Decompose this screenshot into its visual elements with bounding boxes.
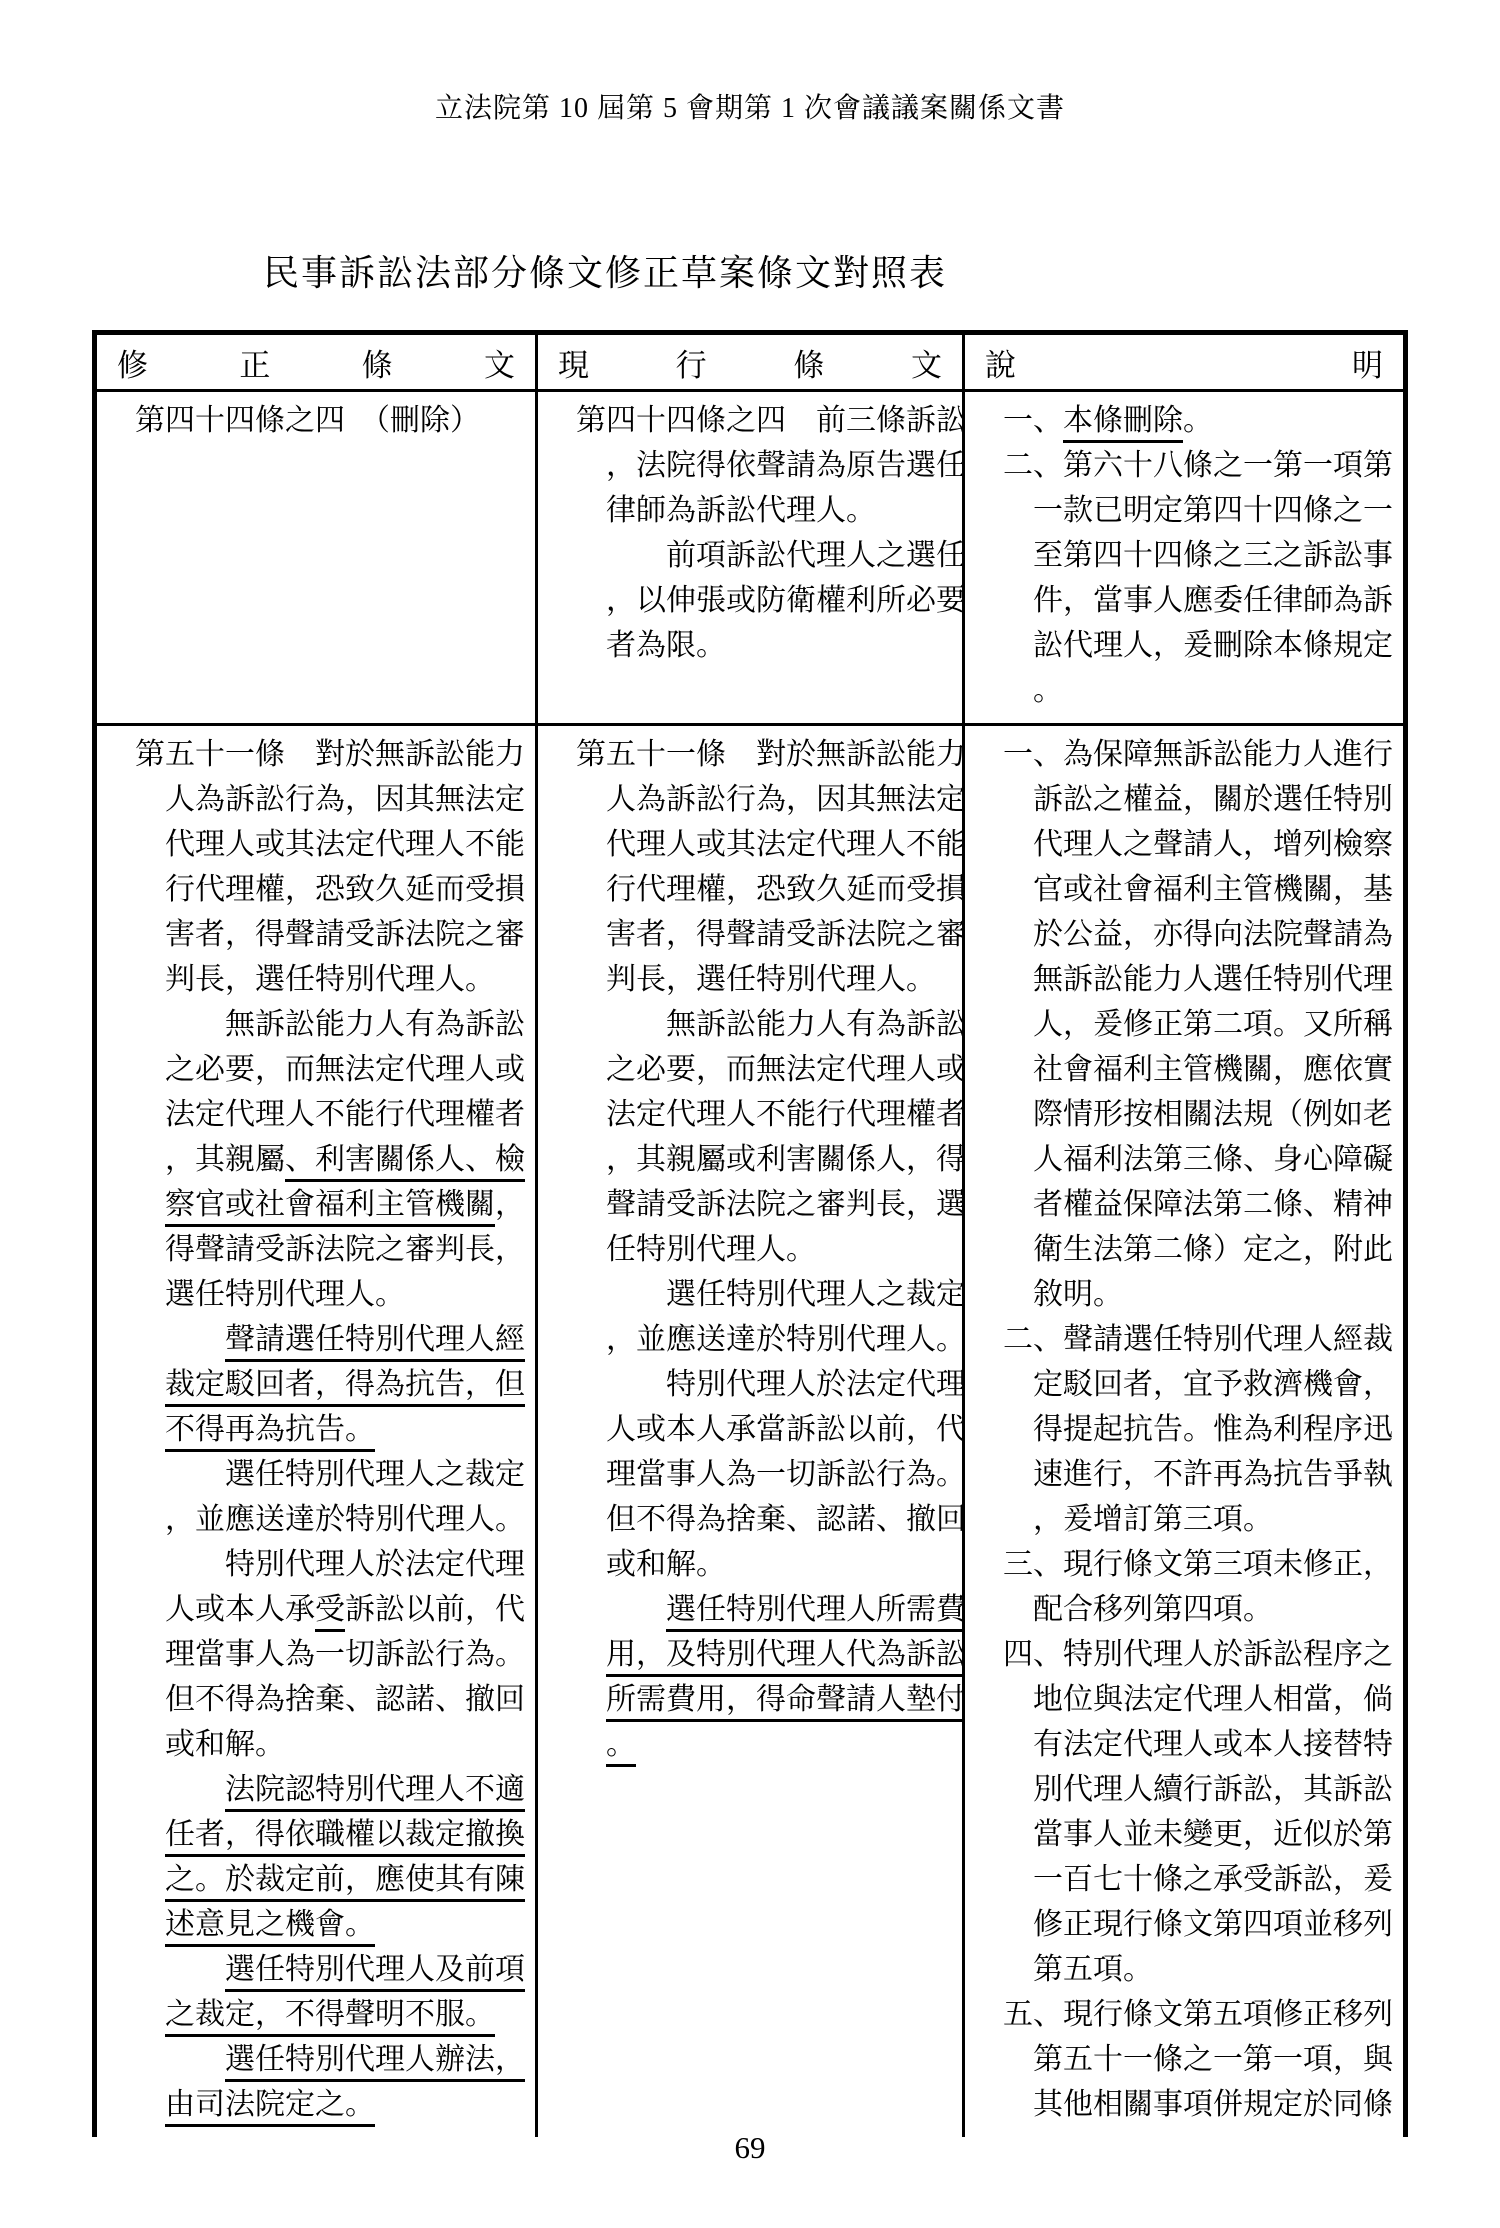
paragraph: 第五十一條 對於無訴訟能力人為訴訟行為，因其無法定代理人或其法定代理人不能行代理… bbox=[576, 732, 965, 1002]
paragraph: 選任特別代理人之裁定，並應送達於特別代理人。 bbox=[576, 1272, 965, 1362]
document-page: 立法院第 10 屆第 5 會期第 1 次會議議案關係文書 民事訴訟法部分條文修正… bbox=[0, 0, 1500, 2228]
paragraph: 選任特別代理人及前項之裁定，不得聲明不服。 bbox=[135, 1947, 525, 2037]
header-char: 說 bbox=[985, 340, 1016, 385]
document-header: 立法院第 10 屆第 5 會期第 1 次會議議案關係文書 bbox=[0, 86, 1500, 126]
paragraph: 三、現行條文第三項未修正，配合移列第四項。 bbox=[1003, 1542, 1393, 1632]
paragraph: 特別代理人於法定代理人或本人承受訴訟以前，代理當事人為一切訴訟行為。但不得為捨棄… bbox=[135, 1542, 525, 1767]
text-segment: 第五十一條 對於無訴訟能力人為訴訟行為，因其無法定代理人或其法定代理人不能行代理… bbox=[576, 738, 965, 996]
paragraph: 聲請選任特別代理人經裁定駁回者，得為抗告，但不得再為抗告。 bbox=[135, 1317, 525, 1452]
cell-text: 一、本條刪除。二、第六十八條之一第一項第一款已明定第四十四條之一至第四十四條之三… bbox=[1003, 398, 1393, 713]
paragraph: 特別代理人於法定代理人或本人承當訴訟以前，代理當事人為一切訴訟行為。但不得為捨棄… bbox=[576, 1362, 965, 1587]
header-char: 文 bbox=[911, 340, 942, 385]
header-char: 修 bbox=[117, 340, 148, 385]
paragraph: 二、聲請選任特別代理人經裁定駁回者，宜予救濟機會，得提起抗告。惟為利程序迅速進行… bbox=[1003, 1317, 1393, 1542]
cell-text: 第四十四條之四 （刪除） bbox=[135, 398, 525, 443]
paragraph: 法院認特別代理人不適任者，得依職權以裁定撤換之。於裁定前，應使其有陳述意見之機會… bbox=[135, 1767, 525, 1947]
cell-text: 第五十一條 對於無訴訟能力人為訴訟行為，因其無法定代理人或其法定代理人不能行代理… bbox=[135, 732, 525, 2127]
paragraph: 五、現行條文第五項修正移列第五十一條之一第一項，與其他相關事項併規定於同條 bbox=[1003, 1992, 1393, 2127]
table-row: 第五十一條 對於無訴訟能力人為訴訟行為，因其無法定代理人或其法定代理人不能行代理… bbox=[97, 726, 1403, 2137]
page-title: 民事訴訟法部分條文修正草案條文對照表 bbox=[263, 245, 947, 296]
comparison-table: 修正條文 現行條文 說明 第四十四條之四 （刪除）第四十四條之四 前三條訴訟，法… bbox=[92, 330, 1408, 2137]
table-cell-explanation: 一、為保障無訴訟能力人進行訴訟之權益，關於選任特別代理人之聲請人，增列檢察官或社… bbox=[965, 726, 1403, 2137]
table-header-row: 修正條文 現行條文 說明 bbox=[97, 335, 1403, 392]
page-number: 69 bbox=[0, 2130, 1500, 2166]
text-segment: 五、現行條文第五項修正移列第五十一條之一第一項，與其他相關事項併規定於同條 bbox=[1003, 1998, 1393, 2121]
cell-text: 一、為保障無訴訟能力人進行訴訟之權益，關於選任特別代理人之聲請人，增列檢察官或社… bbox=[1003, 732, 1393, 2127]
paragraph: 選任特別代理人所需費用，及特別代理人代為訴訟所需費用，得命聲請人墊付。 bbox=[576, 1587, 965, 1767]
underlined-amendment-text: 受 bbox=[315, 1593, 345, 1632]
column-header-explanation: 說明 bbox=[965, 335, 1403, 389]
table-cell-current: 第五十一條 對於無訴訟能力人為訴訟行為，因其無法定代理人或其法定代理人不能行代理… bbox=[538, 726, 965, 2137]
cell-text: 第四十四條之四 前三條訴訟，法院得依聲請為原告選任律師為訴訟代理人。前項訴訟代理… bbox=[576, 398, 965, 668]
text-segment: 第四十四條之四 前三條訴訟，法院得依聲請為原告選任律師為訴訟代理人。 bbox=[576, 404, 965, 527]
underlined-amendment-text: 選任特別代理人辦法，由司法院定之。 bbox=[165, 2043, 525, 2127]
header-char: 現 bbox=[558, 340, 589, 385]
header-char: 條 bbox=[793, 340, 824, 385]
text-segment: 二、聲請選任特別代理人經裁定駁回者，宜予救濟機會，得提起抗告。惟為利程序迅速進行… bbox=[1003, 1323, 1393, 1536]
text-segment: 三、現行條文第三項未修正，配合移列第四項。 bbox=[1003, 1548, 1393, 1626]
header-char: 行 bbox=[676, 340, 707, 385]
table-row: 第四十四條之四 （刪除）第四十四條之四 前三條訴訟，法院得依聲請為原告選任律師為… bbox=[97, 392, 1403, 726]
paragraph: 選任特別代理人辦法，由司法院定之。 bbox=[135, 2037, 525, 2127]
table-cell-amended: 第四十四條之四 （刪除） bbox=[97, 392, 538, 723]
paragraph: 第四十四條之四 （刪除） bbox=[135, 398, 525, 443]
text-segment: 四、特別代理人於訴訟程序之地位與法定代理人相當，倘有法定代理人或本人接替特別代理… bbox=[1003, 1638, 1393, 1986]
paragraph: 第五十一條 對於無訴訟能力人為訴訟行為，因其無法定代理人或其法定代理人不能行代理… bbox=[135, 732, 525, 1002]
paragraph: 前項訴訟代理人之選任，以伸張或防衛權利所必要者為限。 bbox=[576, 533, 965, 668]
text-segment: 二、第六十八條之一第一項第一款已明定第四十四條之一至第四十四條之三之訴訟事件，當… bbox=[1003, 449, 1393, 707]
text-segment: 選任特別代理人之裁定，並應送達於特別代理人。 bbox=[165, 1458, 525, 1536]
header-char: 正 bbox=[239, 340, 270, 385]
cell-text: 第五十一條 對於無訴訟能力人為訴訟行為，因其無法定代理人或其法定代理人不能行代理… bbox=[576, 732, 965, 1767]
table-cell-explanation: 一、本條刪除。二、第六十八條之一第一項第一款已明定第四十四條之一至第四十四條之三… bbox=[965, 392, 1403, 723]
paragraph: 一、為保障無訴訟能力人進行訴訟之權益，關於選任特別代理人之聲請人，增列檢察官或社… bbox=[1003, 732, 1393, 1317]
header-char: 條 bbox=[362, 340, 393, 385]
table-cell-current: 第四十四條之四 前三條訴訟，法院得依聲請為原告選任律師為訴訟代理人。前項訴訟代理… bbox=[538, 392, 965, 723]
column-header-amended: 修正條文 bbox=[97, 335, 538, 389]
paragraph: 一、本條刪除。 bbox=[1003, 398, 1393, 443]
underlined-amendment-text: 選任特別代理人及前項之裁定，不得聲明不服。 bbox=[165, 1953, 525, 2037]
text-segment: 前項訴訟代理人之選任，以伸張或防衛權利所必要者為限。 bbox=[606, 539, 965, 662]
paragraph: 無訴訟能力人有為訴訟之必要，而無法定代理人或法定代理人不能行代理權者，其親屬或利… bbox=[576, 1002, 965, 1272]
paragraph: 第四十四條之四 前三條訴訟，法院得依聲請為原告選任律師為訴訟代理人。 bbox=[576, 398, 965, 533]
underlined-amendment-text: 選任特別代理人所需費用，及特別代理人代為訴訟所需費用，得命聲請人墊付。 bbox=[606, 1593, 965, 1767]
paragraph: 無訴訟能力人有為訴訟之必要，而無法定代理人或法定代理人不能行代理權者，其親屬、利… bbox=[135, 1002, 525, 1317]
table-body: 第四十四條之四 （刪除）第四十四條之四 前三條訴訟，法院得依聲請為原告選任律師為… bbox=[97, 392, 1403, 2137]
header-char: 文 bbox=[484, 340, 515, 385]
column-header-current: 現行條文 bbox=[538, 335, 965, 389]
text-segment: 選任特別代理人之裁定，並應送達於特別代理人。 bbox=[606, 1278, 965, 1356]
text-segment: 一、為保障無訴訟能力人進行訴訟之權益，關於選任特別代理人之聲請人，增列檢察官或社… bbox=[1003, 738, 1393, 1311]
paragraph: 選任特別代理人之裁定，並應送達於特別代理人。 bbox=[135, 1452, 525, 1542]
text-segment: 第四十四條之四 （刪除） bbox=[135, 404, 480, 437]
header-char: 明 bbox=[1352, 340, 1383, 385]
underlined-amendment-text: 本條刪除 bbox=[1063, 404, 1183, 443]
text-segment: 無訴訟能力人有為訴訟之必要，而無法定代理人或法定代理人不能行代理權者，其親屬或利… bbox=[606, 1008, 965, 1266]
paragraph: 二、第六十八條之一第一項第一款已明定第四十四條之一至第四十四條之三之訴訟事件，當… bbox=[1003, 443, 1393, 713]
paragraph: 四、特別代理人於訴訟程序之地位與法定代理人相當，倘有法定代理人或本人接替特別代理… bbox=[1003, 1632, 1393, 1992]
text-segment: 一、 bbox=[1003, 404, 1063, 437]
underlined-amendment-text: 法院認特別代理人不適任者，得依職權以裁定撤換之。於裁定前，應使其有陳述意見之機會… bbox=[165, 1773, 525, 1947]
text-segment: 特別代理人於法定代理人或本人承當訴訟以前，代理當事人為一切訴訟行為。但不得為捨棄… bbox=[606, 1368, 965, 1581]
text-segment: 第五十一條 對於無訴訟能力人為訴訟行為，因其無法定代理人或其法定代理人不能行代理… bbox=[135, 738, 525, 996]
underlined-amendment-text: 聲請選任特別代理人經裁定駁回者，得為抗告，但不得再為抗告。 bbox=[165, 1323, 525, 1452]
text-segment: 。 bbox=[1183, 404, 1213, 437]
table-cell-amended: 第五十一條 對於無訴訟能力人為訴訟行為，因其無法定代理人或其法定代理人不能行代理… bbox=[97, 726, 538, 2137]
